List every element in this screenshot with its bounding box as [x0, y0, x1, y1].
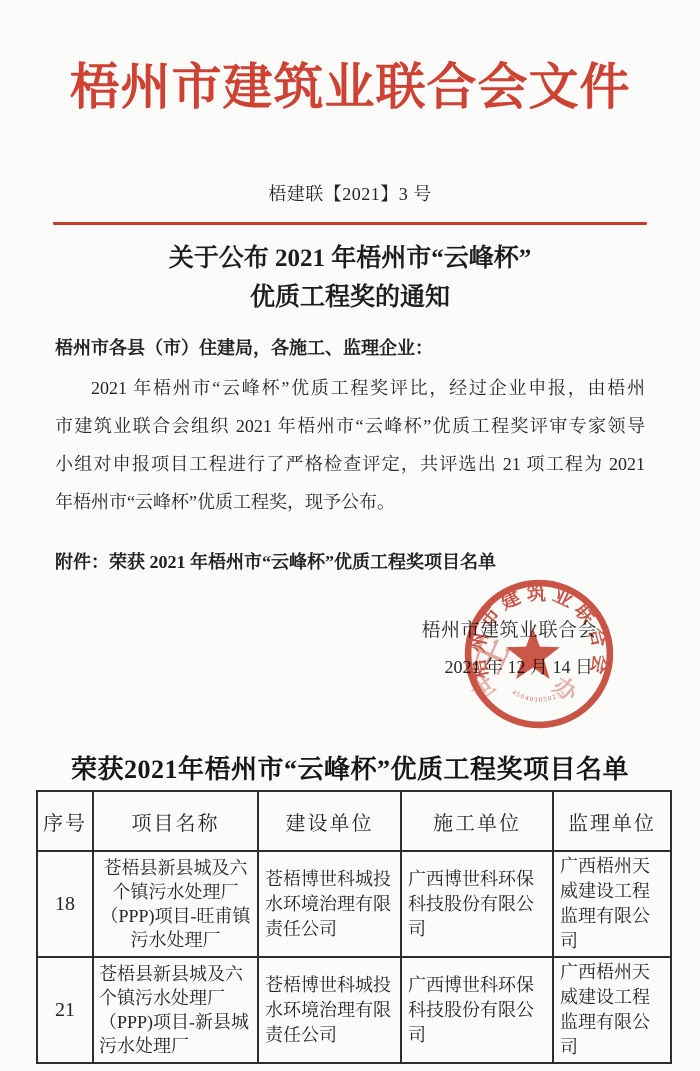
cell-serial-no: 21: [37, 957, 93, 1063]
document-page: 梧州市建筑业联合会文件 梧建联【2021】3 号 关于公布 2021 年梧州市“…: [0, 0, 700, 1071]
body-line: 年梧州市“云峰杯”优质工程奖，现予公布。: [55, 483, 645, 521]
cell-project-name: 苍梧县新县城及六个镇污水处理厂（PPP)项目-旺甫镇污水处理厂: [93, 851, 258, 957]
seal-ghost-glyph: 办: [548, 672, 583, 708]
body-line: 市建筑业联合会组织 2021 年梧州市“云峰杯”优质工程奖评审专家领导: [55, 407, 645, 445]
column-header-supervisor: 监理单位: [553, 791, 671, 851]
cell-project-name: 苍梧县新县城及六个镇污水处理厂（PPP)项目-新县城污水处理厂: [93, 957, 258, 1063]
column-header-no: 序号: [37, 791, 93, 851]
column-header-builder: 建设单位: [258, 791, 401, 851]
table-row: 21 苍梧县新县城及六个镇污水处理厂（PPP)项目-新县城污水处理厂 苍梧博世科…: [37, 957, 671, 1063]
column-header-project: 项目名称: [93, 791, 258, 851]
cell-builder: 苍梧博世科城投水环境治理有限责任公司: [258, 957, 401, 1063]
document-number: 梧建联【2021】3 号: [0, 182, 700, 206]
body-line: 2021 年梧州市“云峰杯”优质工程奖评比，经过企业申报，由梧州: [55, 369, 645, 407]
cell-builder: 苍梧博世科城投水环境治理有限责任公司: [258, 851, 401, 957]
award-list-title: 荣获2021年梧州市“云峰杯”优质工程奖项目名单: [0, 753, 700, 787]
cell-constructor: 广西博世科环保科技股份有限公司: [401, 957, 553, 1063]
red-divider-rule: [53, 222, 647, 225]
signature-area: 梧州市建筑业联合会 2021 年 12 月 14 日 梧州市建筑业联合会 450…: [0, 575, 700, 753]
salutation: 梧州市各县（市）住建局，各施工、监理企业：: [55, 335, 645, 361]
body-line: 小组对申报项目工程进行了严格检查评定，共评选出 21 项工程为 2021: [55, 445, 645, 483]
red-header-title: 梧州市建筑业联合会文件: [0, 0, 700, 120]
cell-constructor: 广西博世科环保科技股份有限公司: [401, 851, 553, 957]
column-header-constructor: 施工单位: [401, 791, 553, 851]
cell-serial-no: 18: [37, 851, 93, 957]
document-title-line2: 优质工程奖的通知: [0, 278, 700, 317]
cell-supervisor: 广西梧州天威建设工程监理有限公司: [553, 957, 671, 1063]
table-row: 18 苍梧县新县城及六个镇污水处理厂（PPP)项目-旺甫镇污水处理厂 苍梧博世科…: [37, 851, 671, 957]
cell-supervisor: 广西梧州天威建设工程监理有限公司: [553, 851, 671, 957]
award-table: 序号 项目名称 建设单位 施工单位 监理单位 18 苍梧县新县城及六个镇污水处理…: [36, 790, 672, 1064]
document-title: 关于公布 2021 年梧州市“云峰杯” 优质工程奖的通知: [0, 239, 700, 317]
document-title-line1: 关于公布 2021 年梧州市“云峰杯”: [0, 239, 700, 278]
attachment-line: 附件：荣获 2021 年梧州市“云峰杯”优质工程奖项目名单: [55, 549, 645, 575]
body-paragraph: 2021 年梧州市“云峰杯”优质工程奖评比，经过企业申报，由梧州 市建筑业联合会…: [55, 369, 645, 521]
official-red-seal: 梧州市建筑业联合会 450403050271 壬 世 办: [462, 577, 616, 731]
table-header-row: 序号 项目名称 建设单位 施工单位 监理单位: [37, 791, 671, 851]
